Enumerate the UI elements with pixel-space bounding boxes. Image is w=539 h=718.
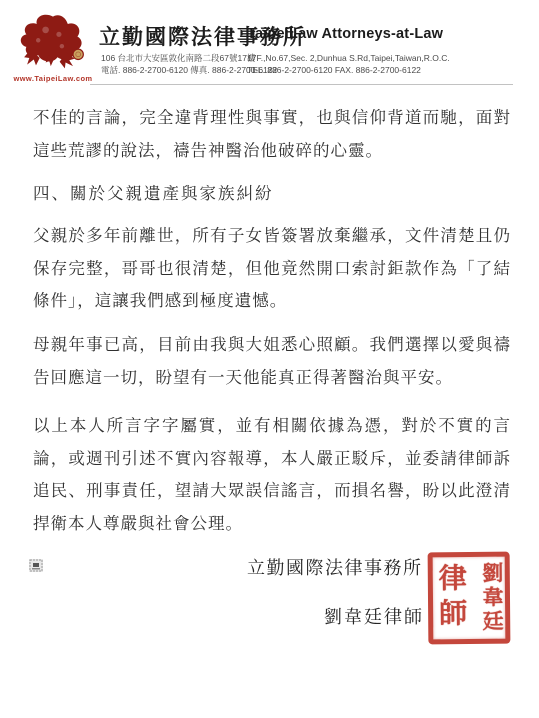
- text-line: 追民、刑事責任，望請大眾誤信謠言，而損名譽，盼以此澄清: [33, 475, 511, 508]
- address-block-english: 17F.,No.67,Sec. 2,Dunhua S.Rd,Taipei,Tai…: [247, 53, 450, 76]
- logo-website-text: www.TaipeiLaw.com: [10, 74, 96, 83]
- phone-line-english: TEL. 886-2-2700-6120 FAX. 886-2-2700-612…: [247, 65, 450, 77]
- text-line: 以上本人所言字字屬實，並有相關依據為憑，對於不實的言: [33, 410, 511, 443]
- seal-characters: 劉韋廷 律師: [435, 559, 504, 638]
- signature-firm-name: 立勤國際法律事務所: [247, 554, 423, 580]
- text-line: 捍衛本人尊嚴與社會公理。: [33, 508, 511, 541]
- text-line: 不佳的言論，完全違背理性與事實，也與信仰背道而馳，面對: [33, 102, 511, 135]
- text-line: 論，或週刊引述不實內容報導，本人嚴正駁斥，並委請律師訴: [33, 443, 511, 476]
- section-heading-4: 四、關於父親遺產與家族糾紛: [33, 180, 511, 204]
- tiny-stamp-mark-icon: [29, 559, 43, 572]
- text-line: 告回應這一切，盼望有一天他能真正得著醫治與平安。: [33, 362, 511, 395]
- seal-column-left: 律師: [436, 563, 465, 633]
- firm-name-english: TaipeiLaw Attorneys-at-Law: [247, 26, 443, 42]
- signature-lawyer-name: 劉韋廷律師: [324, 603, 424, 629]
- lion-logo-icon: [16, 12, 90, 70]
- paragraph-1: 不佳的言論，完全違背理性與事實，也與信仰背道而馳，面對這些荒謬的說法，禱告神醫治…: [33, 102, 511, 167]
- header-divider: [90, 84, 513, 85]
- paragraph-2: 父親於多年前離世，所有子女皆簽署放棄繼承，文件清楚且仍保存完整，哥哥也很清楚，但…: [33, 220, 511, 318]
- text-line: 條件」，這讓我們感到極度遺憾。: [33, 285, 511, 318]
- paragraph-4: 以上本人所言字字屬實，並有相關依據為憑，對於不實的言論，或週刊引述不實內容報導，…: [33, 410, 511, 540]
- seal-column-right: 劉韋廷: [481, 562, 503, 634]
- address-line-english: 17F.,No.67,Sec. 2,Dunhua S.Rd,Taipei,Tai…: [247, 53, 450, 65]
- letter-page: www.TaipeiLaw.com 立勤國際法律事務所 TaipeiLaw At…: [0, 0, 539, 718]
- text-line: 父親於多年前離世，所有子女皆簽署放棄繼承，文件清楚且仍: [33, 220, 511, 253]
- paragraph-3: 母親年事已高，目前由我與大姐悉心照顧。我們選擇以愛與禱告回應這一切，盼望有一天他…: [33, 329, 511, 394]
- lawyer-red-seal: 劉韋廷 律師: [428, 552, 511, 645]
- text-line: 保存完整，哥哥也很清楚，但他竟然開口索討鉅款作為「了結: [33, 253, 511, 286]
- text-line: 這些荒謬的說法，禱告神醫治他破碎的心靈。: [33, 135, 511, 168]
- text-line: 母親年事已高，目前由我與大姐悉心照顧。我們選擇以愛與禱: [33, 329, 511, 362]
